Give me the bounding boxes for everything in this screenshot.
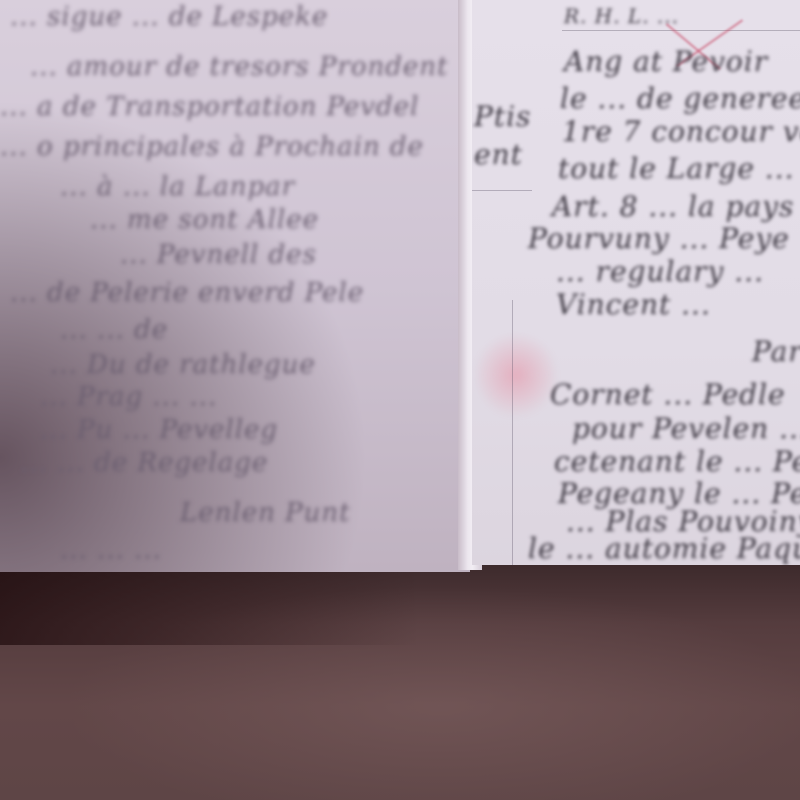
- right-manuscript-page: R. H. L. ... Ptis ent Ang at Pevoir le .…: [472, 0, 800, 565]
- handwritten-line: ... ... ...: [60, 535, 162, 565]
- handwritten-line: le ... de generee: [560, 82, 800, 115]
- handwritten-line: ... Prag ... ...: [40, 382, 217, 412]
- ruled-line: [562, 30, 800, 31]
- red-wax-seal-stain: [476, 330, 556, 420]
- handwritten-line: Vincent ...: [556, 288, 711, 321]
- handwritten-line: tout le Large ...: [558, 152, 795, 185]
- handwritten-line: cetenant le ... Pe: [554, 445, 800, 478]
- margin-vertical-rule: [512, 300, 513, 565]
- handwritten-line: ... a de Transportation Pevdel: [0, 92, 419, 122]
- handwritten-line: Ang at Pevoir: [564, 45, 768, 78]
- margin-note: Ptis: [474, 100, 531, 133]
- handwritten-line: Pourvuny ... Peye: [528, 222, 790, 255]
- page-header-script: R. H. L. ...: [564, 4, 679, 28]
- handwritten-line: Art. 8 ... la pays: [552, 190, 794, 223]
- handwritten-line: ... o principales à Prochain de: [0, 132, 424, 162]
- handwritten-line: Lenlen Punt: [180, 498, 351, 528]
- left-manuscript-page: ... sigue ... de Lespeke ... amour de tr…: [0, 0, 470, 572]
- table-shadow: [0, 565, 420, 645]
- handwritten-line: ... Pu ... Pevelleg: [40, 415, 278, 445]
- handwritten-line: ... Pevnell des: [120, 240, 317, 270]
- handwritten-line: 1re 7 concour verd: [562, 115, 800, 148]
- margin-note: ent: [474, 138, 523, 171]
- handwritten-line: ... de Pelerie enverd Pele: [10, 278, 364, 308]
- handwritten-line: ... à ... la Lanpar: [60, 172, 295, 202]
- margin-rule: [472, 190, 532, 191]
- handwritten-line: ... ... de Regelage: [20, 448, 268, 478]
- handwritten-line: ... amour de tresors Prondent: [30, 52, 448, 82]
- handwritten-line: pour Pevelen ...: [572, 412, 800, 445]
- handwritten-line: ... ... de: [60, 315, 168, 345]
- handwritten-line: ... regulary ...: [556, 255, 764, 288]
- handwritten-line: ... sigue ... de Lespeke: [10, 2, 328, 32]
- handwritten-line: ... me sont Allee: [90, 205, 319, 235]
- handwritten-line: Cornet ... Pedle: [550, 378, 786, 411]
- handwritten-line: Par: [752, 335, 800, 368]
- handwritten-line: ... Du de rathlegue: [50, 350, 316, 380]
- photo-scene: ... sigue ... de Lespeke ... amour de tr…: [0, 0, 800, 800]
- handwritten-line: le ... automie Paquetery: [528, 532, 800, 565]
